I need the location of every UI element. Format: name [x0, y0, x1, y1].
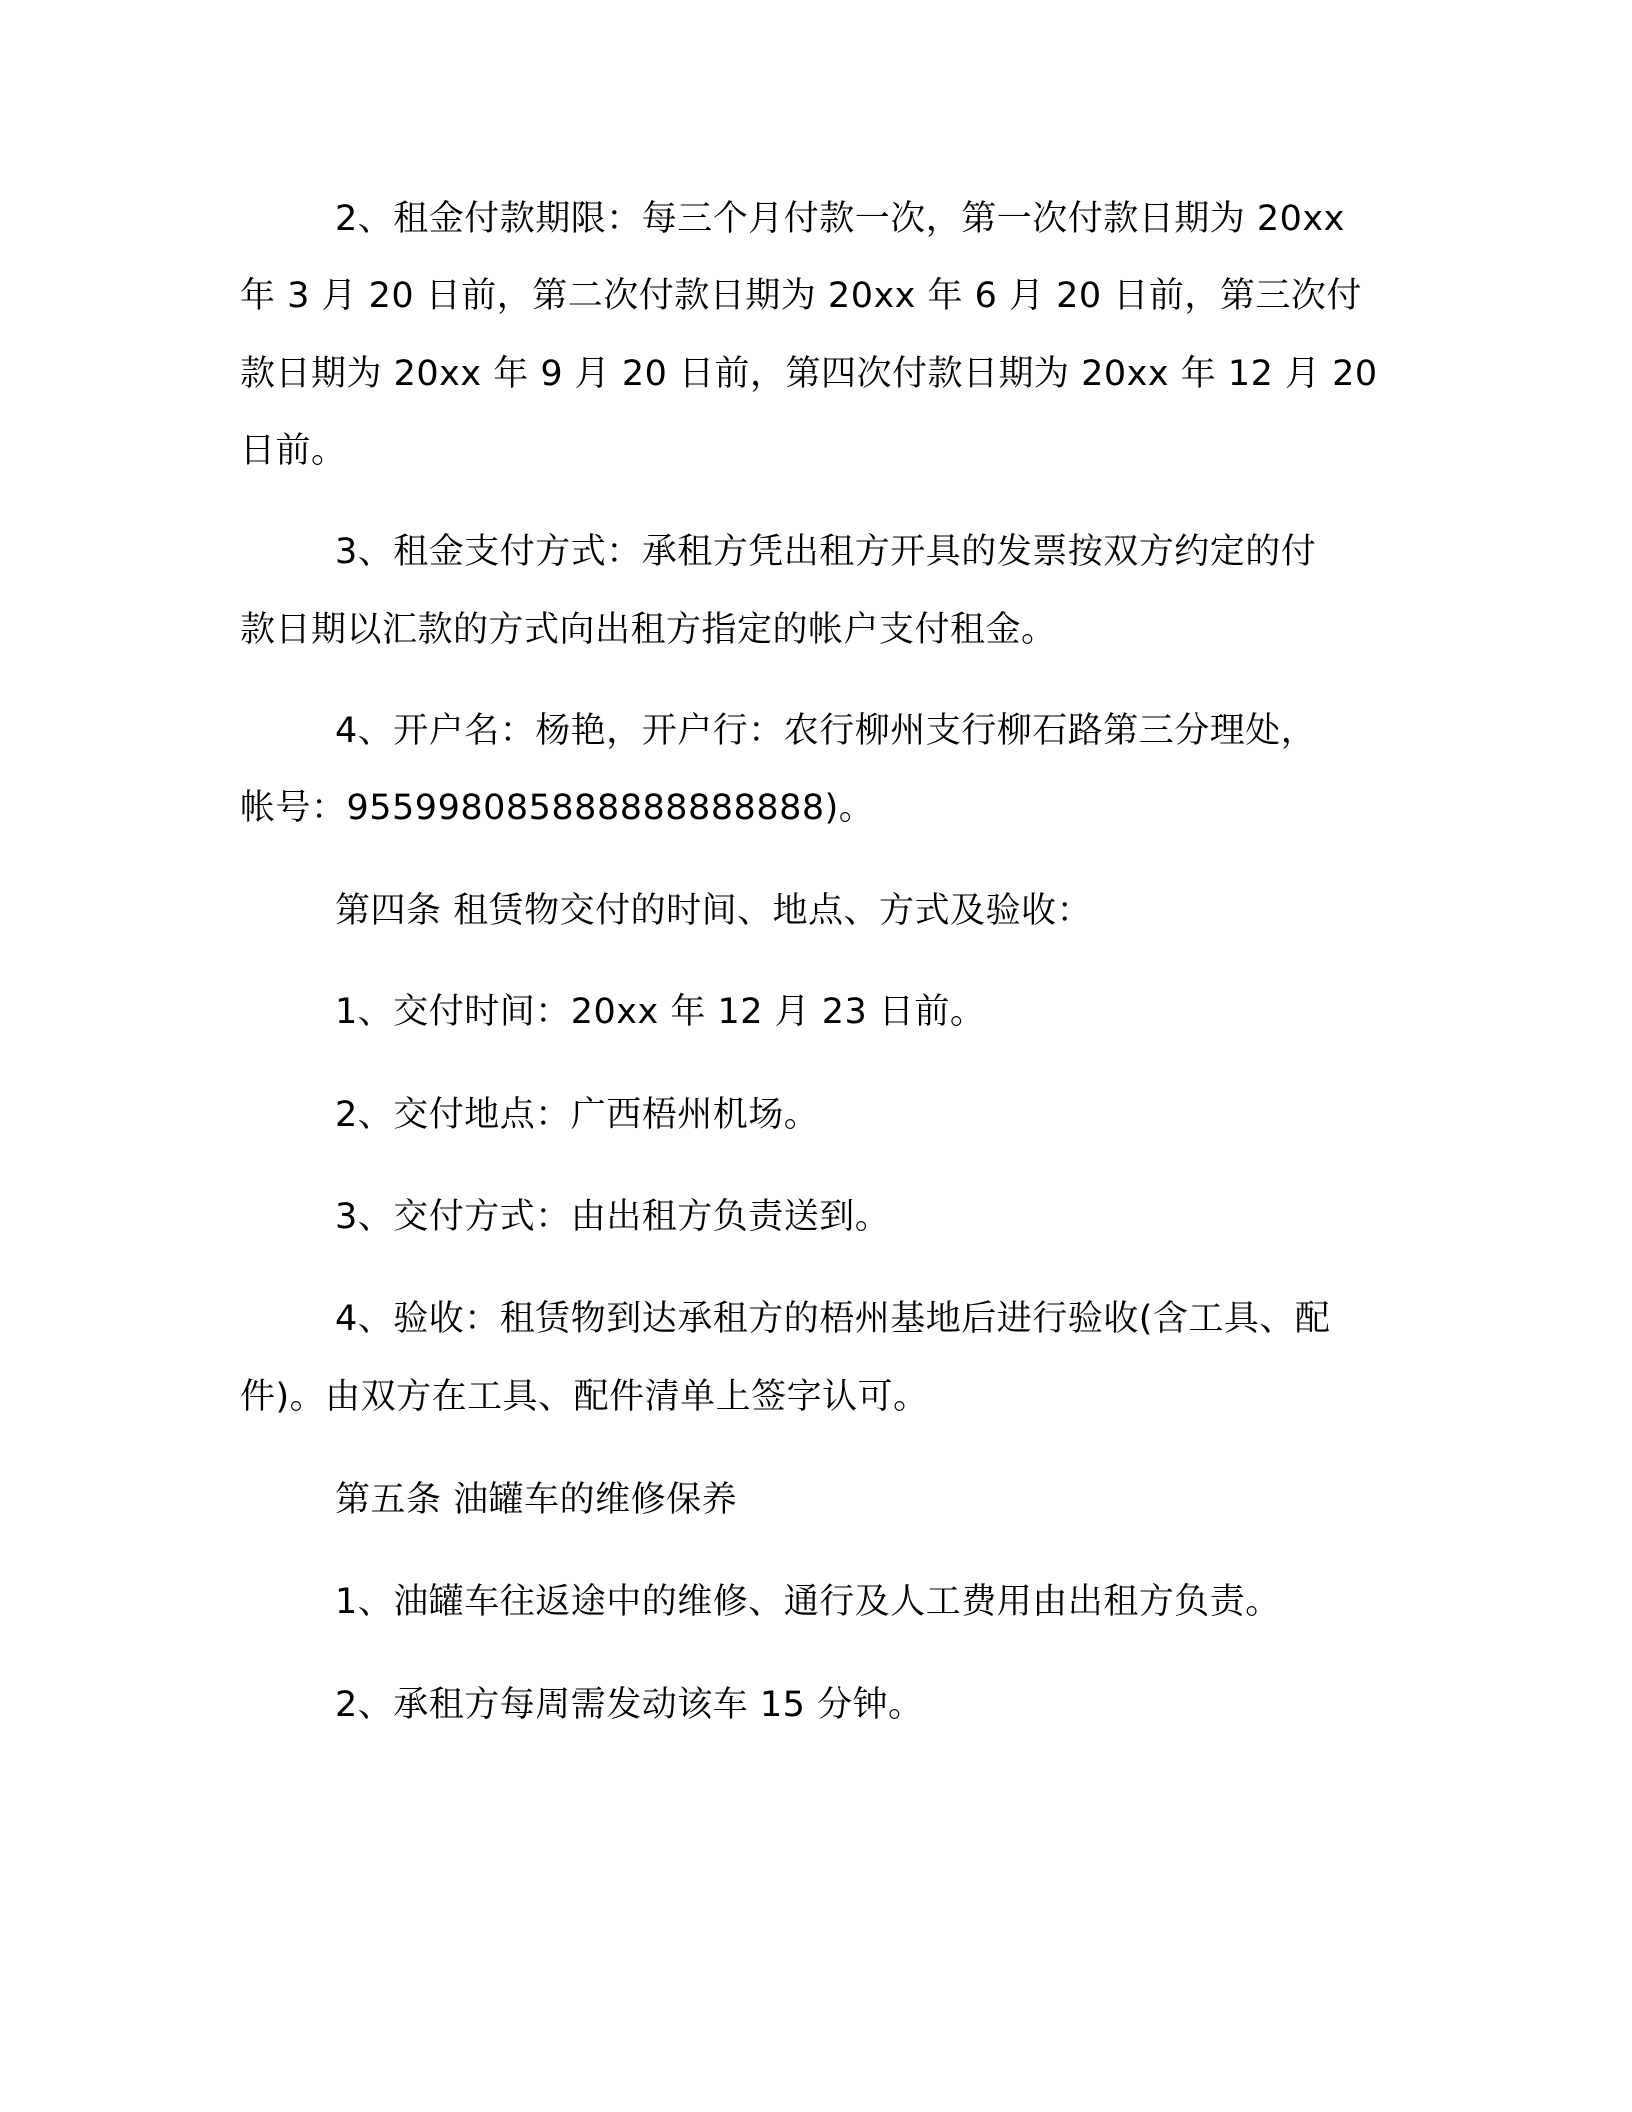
text-line: 3、租金支付方式：承租方凭出租方开具的发票按双方约定的付 — [335, 530, 1316, 574]
text-line: 件)。由双方在工具、配件清单上签字认可。 — [240, 1375, 929, 1419]
section-heading: 第五条 油罐车的维修保养 — [335, 1478, 737, 1522]
text-line: 帐号：955998085888888888888)。 — [240, 786, 874, 830]
text-line: 4、验收：租赁物到达承租方的梧州基地后进行验收(含工具、配 — [335, 1297, 1330, 1341]
text-line: 年 3 月 20 日前，第二次付款日期为 20xx 年 6 月 20 日前，第三… — [240, 274, 1362, 318]
text-line: 2、交付地点：广西梧州机场。 — [335, 1093, 819, 1137]
section-heading: 第四条 租赁物交付的时间、地点、方式及验收： — [335, 889, 1092, 933]
text-line: 2、承租方每周需发动该车 15 分钟。 — [335, 1683, 924, 1727]
text-line: 4、开户名：杨艳，开户行：农行柳州支行柳石路第三分理处， — [335, 709, 1316, 753]
text-line: 3、交付方式：由出租方负责送到。 — [335, 1195, 890, 1239]
text-line: 2、租金付款期限：每三个月付款一次，第一次付款日期为 20xx — [335, 197, 1345, 241]
text-line: 1、油罐车往返途中的维修、通行及人工费用由出租方负责。 — [335, 1580, 1281, 1624]
text-line: 款日期以汇款的方式向出租方指定的帐户支付租金。 — [240, 608, 1057, 652]
text-line: 款日期为 20xx 年 9 月 20 日前，第四次付款日期为 20xx 年 12… — [240, 352, 1378, 396]
text-line: 1、交付时间：20xx 年 12 月 23 日前。 — [335, 990, 985, 1034]
text-line: 日前。 — [240, 429, 347, 473]
document-page: 2、租金付款期限：每三个月付款一次，第一次付款日期为 20xx 年 3 月 20… — [0, 0, 1632, 2112]
